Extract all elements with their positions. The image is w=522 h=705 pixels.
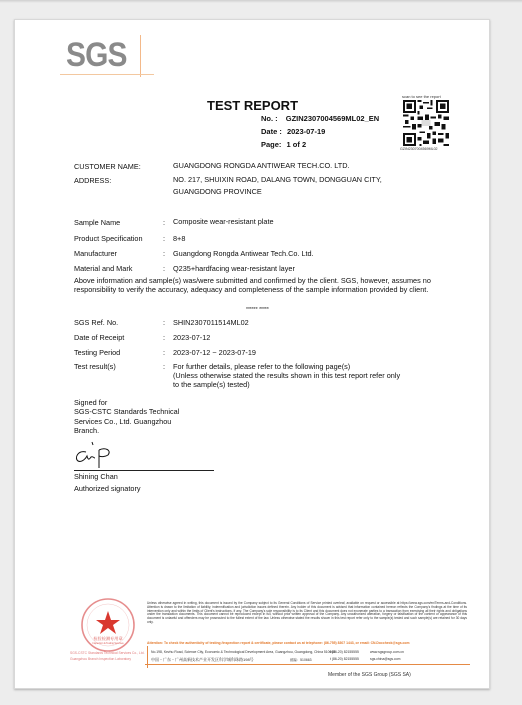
product-spec-label: Product Specification [74, 234, 143, 243]
sample-name-value: Composite wear-resistant plate [173, 217, 274, 226]
signatory-name: Shining Chan [74, 472, 118, 481]
report-number: GZIN2307004569ML02_EN [286, 114, 379, 123]
report-title: TEST REPORT [207, 98, 298, 113]
stamp-bottom-text-2: Guangzhou Branch Inspection Laboratory [70, 657, 131, 661]
product-spec-value: 8+8 [173, 234, 185, 243]
material-label: Material and Mark [74, 264, 132, 273]
footer-phone-cn: t (86-20) 82155555 [330, 657, 359, 661]
footer-address-cn: 中国・广东・广州高新技术产业开发区科学城科珠路198号 [151, 657, 254, 663]
report-page-label: Page: [261, 140, 281, 149]
qr-caption: scan to see the report [402, 94, 441, 99]
footer-postcode-cn: 邮编：510663 [290, 657, 312, 662]
report-number-row: No. : GZIN2307004569ML02_EN [261, 114, 379, 123]
manufacturer-label: Manufacturer [74, 249, 117, 258]
footer-website-link[interactable]: www.sgsgroup.com.cn [370, 650, 404, 654]
signature-line [74, 470, 214, 471]
footer-horizontal-rule [145, 664, 470, 665]
logo-guide-vertical [140, 35, 141, 77]
test-results-note-1: (Unless otherwise stated the results sho… [173, 371, 400, 380]
test-results-note-2: to the sample(s) tested) [173, 380, 250, 389]
colon: : [163, 249, 165, 258]
testing-period-label: Testing Period [74, 348, 120, 357]
signed-for-line-3: Services Co., Ltd. Guangzhou [74, 417, 179, 426]
report-date-label: Date : [261, 127, 282, 136]
colon: : [163, 333, 165, 342]
report-date-row: Date : 2023-07-19 [261, 127, 325, 136]
colon: : [163, 264, 165, 273]
footer-email-link[interactable]: sgs.china@sgs.com [370, 657, 400, 661]
report-page: 1 of 2 [287, 140, 307, 149]
sample-disclaimer: Above information and sample(s) was/were… [74, 276, 454, 295]
date-of-receipt-label: Date of Receipt [74, 333, 124, 342]
viewer-top-shadow [0, 0, 522, 3]
sgs-ref-label: SGS Ref. No. [74, 318, 118, 327]
sgs-logo: SGS [66, 36, 127, 75]
signed-for-line-2: SGS-CSTC Standards Technical [74, 407, 179, 416]
sgs-ref-value: SHIN2307011514ML02 [173, 318, 249, 327]
report-page-row: Page: 1 of 2 [261, 140, 306, 149]
colon: : [163, 348, 165, 357]
signed-for: Signed for SGS-CSTC Standards Technical … [74, 398, 179, 435]
footer-phone-en: t (86-20) 82155555 [330, 650, 359, 654]
qr-id: GZIN2307004569ML02 [400, 147, 438, 151]
colon: : [163, 318, 165, 327]
signature-image [72, 436, 122, 470]
stamp-sub-text: Inspection & Testing Services [92, 642, 124, 645]
sgs-member-note: Member of the SGS Group (SGS SA) [328, 672, 411, 678]
address-line-1: NO. 217, SHUIXIN ROAD, DALANG TOWN, DONG… [173, 174, 382, 185]
stamp-bottom-text-1: SGS-CSTC Standards Technical Services Co… [70, 651, 145, 655]
footer-address-en: No.198, Kezhu Road, Science City, Econom… [151, 650, 335, 654]
separator-stars: ****** ***** [246, 307, 269, 313]
date-of-receipt-value: 2023-07-12 [173, 333, 210, 342]
stamp-center-text: 检验检测专用章 [93, 635, 122, 642]
footer-attention: Attention: To check the authenticity of … [147, 641, 467, 645]
testing-period-value: 2023-07-12 ~ 2023-07-19 [173, 348, 256, 357]
sample-name-label: Sample Name [74, 218, 120, 227]
address-label: ADDRESS: [74, 176, 111, 185]
address-line-2: GUANGDONG PROVINCE [173, 186, 262, 197]
signatory-role: Authorized signatory [74, 484, 141, 493]
material-value: Q235+hardfacing wear-resistant layer [173, 264, 295, 273]
footer-disclaimer: Unless otherwise agreed in writing, this… [147, 602, 467, 625]
report-date: 2023-07-19 [287, 127, 325, 136]
customer-name-label: CUSTOMER NAME: [74, 162, 141, 171]
report-number-label: No. : [261, 114, 278, 123]
qr-code-icon[interactable] [403, 100, 449, 146]
signed-for-line-4: Branch. [74, 426, 179, 435]
customer-name: GUANGDONG RONGDA ANTIWEAR TECH.CO. LTD. [173, 160, 350, 171]
signed-for-line-1: Signed for [74, 398, 179, 407]
colon: : [163, 218, 165, 227]
logo-guide-horizontal [60, 74, 154, 75]
manufacturer-value: Guangdong Rongda Antiwear Tech.Co. Ltd. [173, 249, 314, 258]
colon: : [163, 362, 165, 371]
colon: : [163, 234, 165, 243]
test-results-value: For further details, please refer to the… [173, 362, 350, 371]
company-stamp: 检验检测专用章 Inspection & Testing Services SG… [70, 597, 146, 667]
test-results-label: Test result(s) [74, 362, 116, 371]
